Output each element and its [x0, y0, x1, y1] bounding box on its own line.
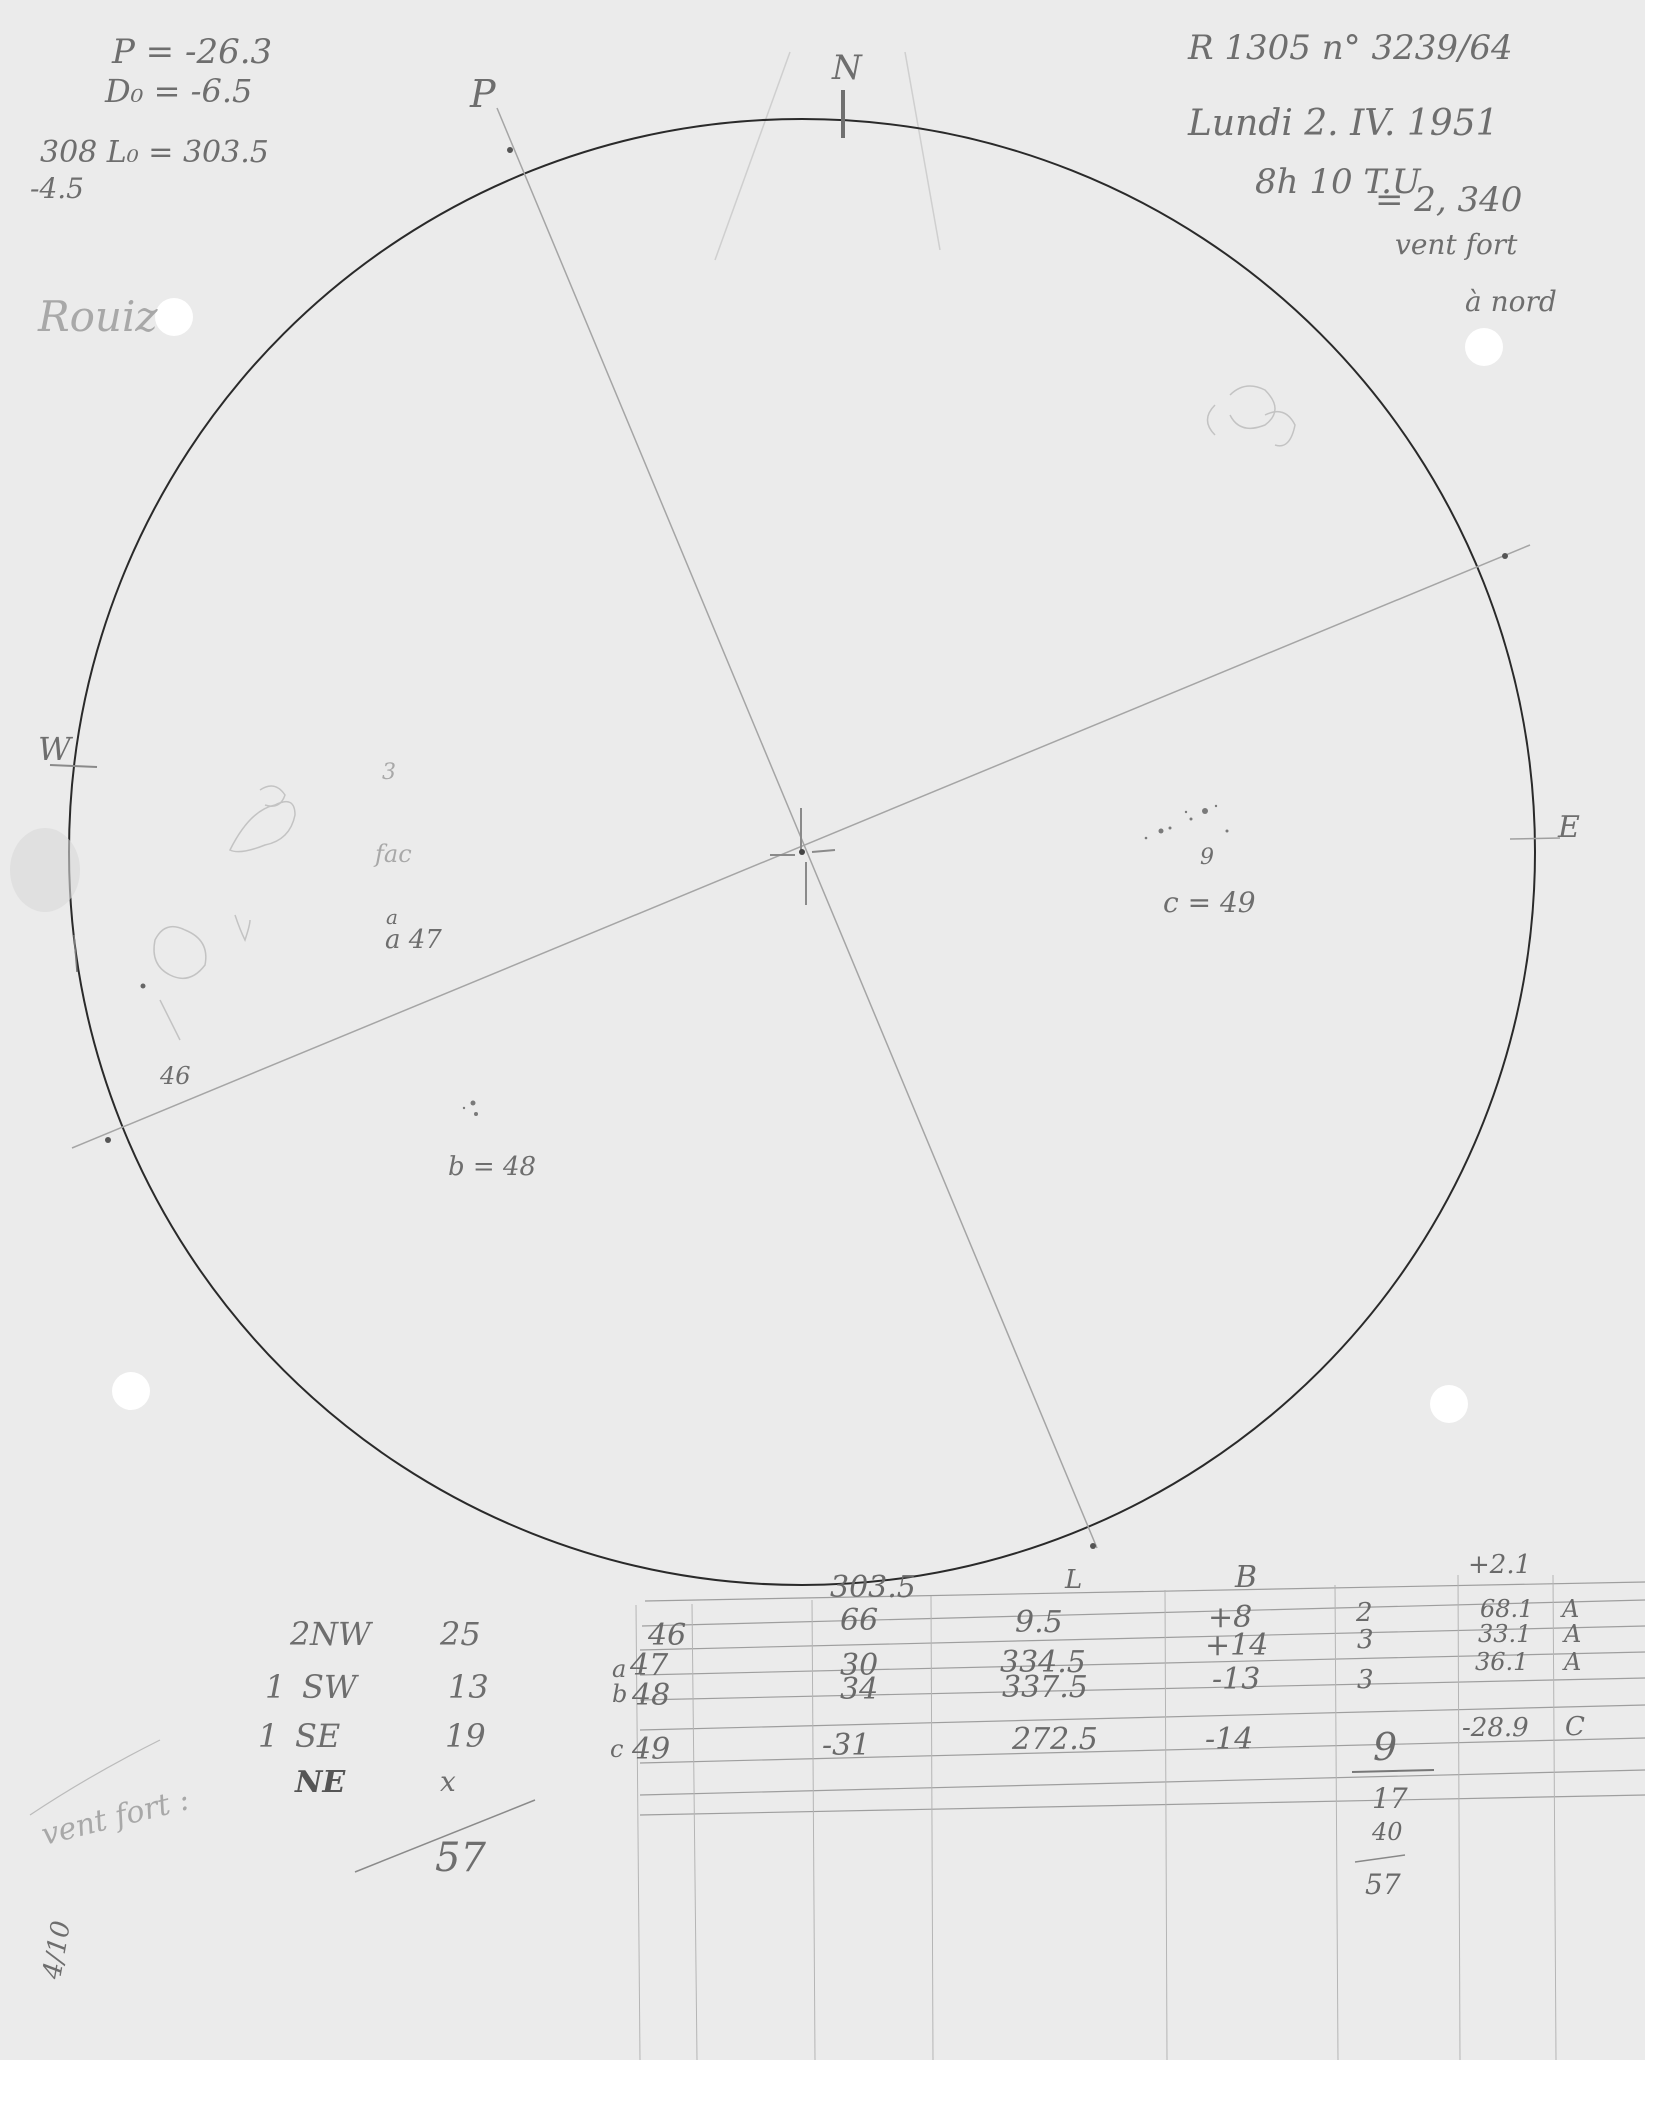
spot-group-a-label: a 47	[385, 925, 442, 955]
rotation-number: R 1305 n° 3239/64	[1188, 28, 1513, 68]
row-latitude: +14	[1205, 1628, 1268, 1663]
header-latitude: B	[1235, 1560, 1257, 1595]
seeing-conditions: vent fort	[1395, 228, 1517, 261]
header-l0: 303.5	[830, 1570, 916, 1605]
summary-count: 1	[258, 1717, 278, 1755]
observation-date: Lundi 2. IV. 1951	[1188, 103, 1499, 144]
l0-correction: -4.5	[30, 172, 84, 205]
spot-subtotal: 17	[1372, 1782, 1408, 1815]
summary-total: 57	[435, 1835, 486, 1881]
row-latitude: -13	[1212, 1662, 1260, 1697]
row-longitude: 337.5	[1002, 1670, 1088, 1705]
solar-disk-drawing	[0, 0, 1665, 2124]
faculae-note: fac	[375, 840, 412, 868]
summary-count: 1	[265, 1668, 285, 1706]
spot-group-b-label: b = 48	[448, 1152, 536, 1182]
summary-value: 25	[440, 1615, 481, 1653]
row-delta-l: 34	[840, 1672, 878, 1707]
west-label: W	[38, 730, 71, 768]
l0-value: 308 L₀ = 303.5	[40, 135, 269, 170]
row-prefix: c	[610, 1735, 623, 1763]
summary-quadrant: SW	[302, 1668, 357, 1706]
row-cm-distance: 33.1	[1478, 1620, 1531, 1648]
row-class: A	[1562, 1595, 1579, 1623]
table-column-rules	[636, 1575, 1556, 2060]
row-delta-l: -31	[822, 1728, 870, 1763]
row-spots: 3	[1357, 1665, 1374, 1695]
summary-value: x	[440, 1765, 456, 1798]
seeing-conditions-2: à nord	[1465, 285, 1557, 318]
row-spots: 9	[1373, 1725, 1397, 1769]
p-angle: P = -26.3	[112, 32, 272, 72]
b0-value: D₀ = -6.5	[105, 72, 252, 110]
row-class: A	[1564, 1648, 1581, 1676]
east-label: E	[1558, 810, 1580, 845]
row-group: 48	[632, 1678, 670, 1713]
header-cm-offset: +2.1	[1468, 1550, 1531, 1580]
row-spots: 2	[1356, 1598, 1373, 1628]
summary-value: 19	[445, 1717, 486, 1755]
summary-value: 13	[448, 1668, 489, 1706]
spot-group-b	[463, 1101, 478, 1117]
row-prefix: b	[612, 1680, 627, 1708]
row-latitude: -14	[1205, 1722, 1253, 1757]
row-longitude: 272.5	[1012, 1722, 1098, 1757]
spot-total: 57	[1365, 1868, 1401, 1901]
header-longitude: L	[1065, 1565, 1082, 1595]
row-prefix: a	[612, 1655, 626, 1683]
spot-group-c-label: c = 49	[1163, 886, 1256, 919]
faint-number: 3	[382, 760, 396, 785]
row-longitude: 9.5	[1015, 1605, 1063, 1640]
row-delta-l: 66	[840, 1603, 878, 1638]
pole-label: P	[470, 72, 496, 116]
row-group: 49	[632, 1732, 670, 1767]
summary-quadrant: SE	[295, 1717, 340, 1755]
summary-quadrant: NW	[310, 1615, 371, 1653]
summary-count: 2	[290, 1615, 310, 1653]
spot-group-46-label: 46	[160, 1062, 191, 1090]
row-cm-distance: -28.9	[1462, 1713, 1529, 1743]
spot-group-c-count: 9	[1200, 845, 1214, 870]
summary-quadrant: NE	[295, 1765, 345, 1800]
spot-group-c	[1145, 805, 1229, 840]
observer-signature: Rouiz	[38, 292, 158, 341]
row-spots: 3	[1357, 1625, 1374, 1655]
row-class: C	[1565, 1712, 1585, 1742]
row-cm-distance: 68.1	[1480, 1595, 1533, 1623]
spot-plus: 40	[1372, 1818, 1403, 1846]
row-class: A	[1564, 1620, 1581, 1648]
time-decimal: = 2, 340	[1375, 180, 1522, 220]
row-cm-distance: 36.1	[1475, 1648, 1528, 1676]
north-label: N	[832, 48, 862, 88]
